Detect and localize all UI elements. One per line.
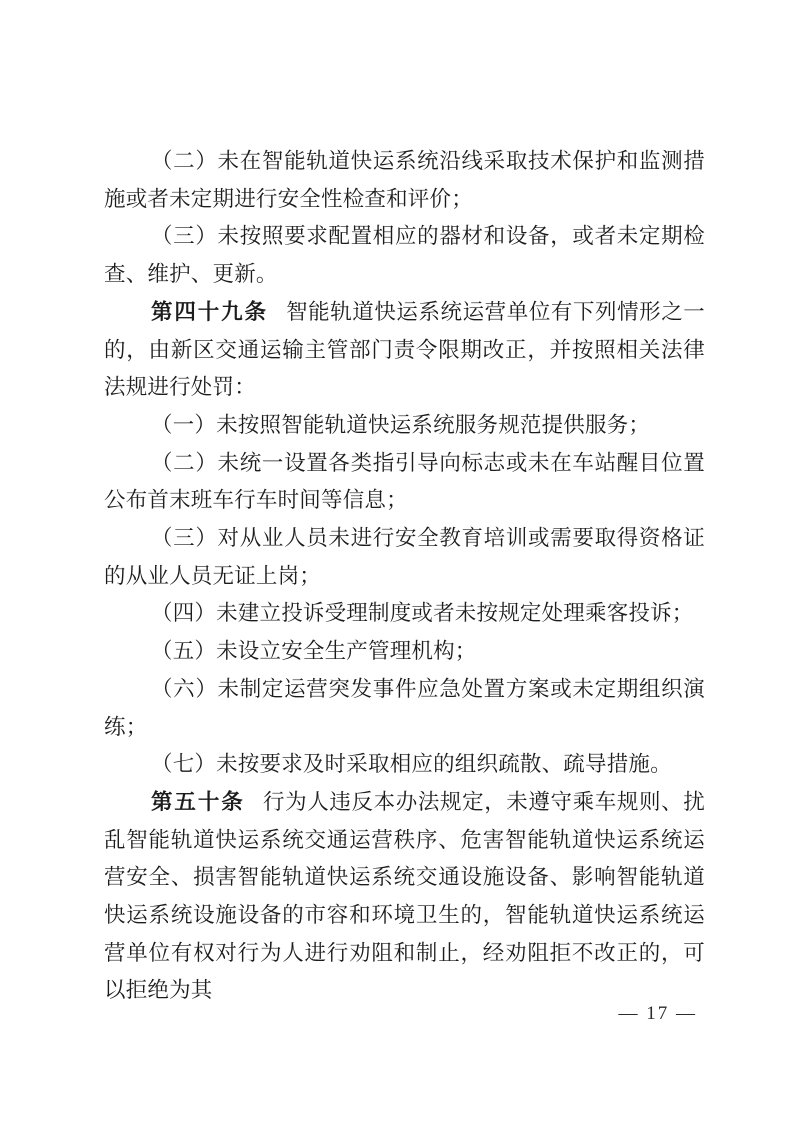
clause-text: （四）未建立投诉受理制度或者未按规定处理乘客投诉； <box>151 601 694 625</box>
article-49-clause-4: （四）未建立投诉受理制度或者未按规定处理乘客投诉； <box>104 595 705 633</box>
article-50-text: 行为人违反本办法规定，未遵守乘车规则、扰乱智能轨道快运系统交通运营秩序、危害智能… <box>104 790 705 1003</box>
article-50: 第五十条行为人违反本办法规定，未遵守乘车规则、扰乱智能轨道快运系统交通运营秩序、… <box>104 784 705 1010</box>
clause-text: （六）未制定运营突发事件应急处置方案或未定期组织演练； <box>104 677 705 739</box>
article-49-number: 第四十九条 <box>151 300 268 324</box>
page-number: — 17 — <box>619 1000 698 1028</box>
article-50-number: 第五十条 <box>151 790 245 814</box>
article-49-clause-7: （七）未按要求及时采取相应的组织疏散、疏导措施。 <box>104 746 705 784</box>
clause-text: （一）未按照智能轨道快运系统服务规范提供服务； <box>151 413 650 437</box>
clause-text: （二）未在智能轨道快运系统沿线采取技术保护和监测措施或者未定期进行安全性检查和评… <box>104 149 705 211</box>
article-49-clause-2: （二）未统一设置各类指引导向标志或未在车站醒目位置公布首末班车行车时间等信息； <box>104 445 705 520</box>
article-49-clause-1: （一）未按照智能轨道快运系统服务规范提供服务； <box>104 407 705 445</box>
clause-text: （七）未按要求及时采取相应的组织疏散、疏导措施。 <box>151 752 672 776</box>
document-page: （二）未在智能轨道快运系统沿线采取技术保护和监测措施或者未定期进行安全性检查和评… <box>0 0 795 1123</box>
clause-text: （三）未按照要求配置相应的器材和设备，或者未定期检查、维护、更新。 <box>104 224 705 286</box>
article-49-clause-5: （五）未设立安全生产管理机构； <box>104 633 705 671</box>
clause-text: （五）未设立安全生产管理机构； <box>151 639 477 663</box>
clause-item-3: （三）未按照要求配置相应的器材和设备，或者未定期检查、维护、更新。 <box>104 218 705 293</box>
article-49: 第四十九条智能轨道快运系统运营单位有下列情形之一的，由新区交通运输主管部门责令限… <box>104 294 705 407</box>
clause-text: （二）未统一设置各类指引导向标志或未在车站醒目位置公布首末班车行车时间等信息； <box>104 451 705 513</box>
clause-text: （三）对从业人员未进行安全教育培训或需要取得资格证的从业人员无证上岗； <box>104 526 705 588</box>
article-49-clause-3: （三）对从业人员未进行安全教育培训或需要取得资格证的从业人员无证上岗； <box>104 520 705 595</box>
article-49-clause-6: （六）未制定运营突发事件应急处置方案或未定期组织演练； <box>104 671 705 746</box>
document-body: （二）未在智能轨道快运系统沿线采取技术保护和监测措施或者未定期进行安全性检查和评… <box>104 143 705 1010</box>
clause-item-2: （二）未在智能轨道快运系统沿线采取技术保护和监测措施或者未定期进行安全性检查和评… <box>104 143 705 218</box>
